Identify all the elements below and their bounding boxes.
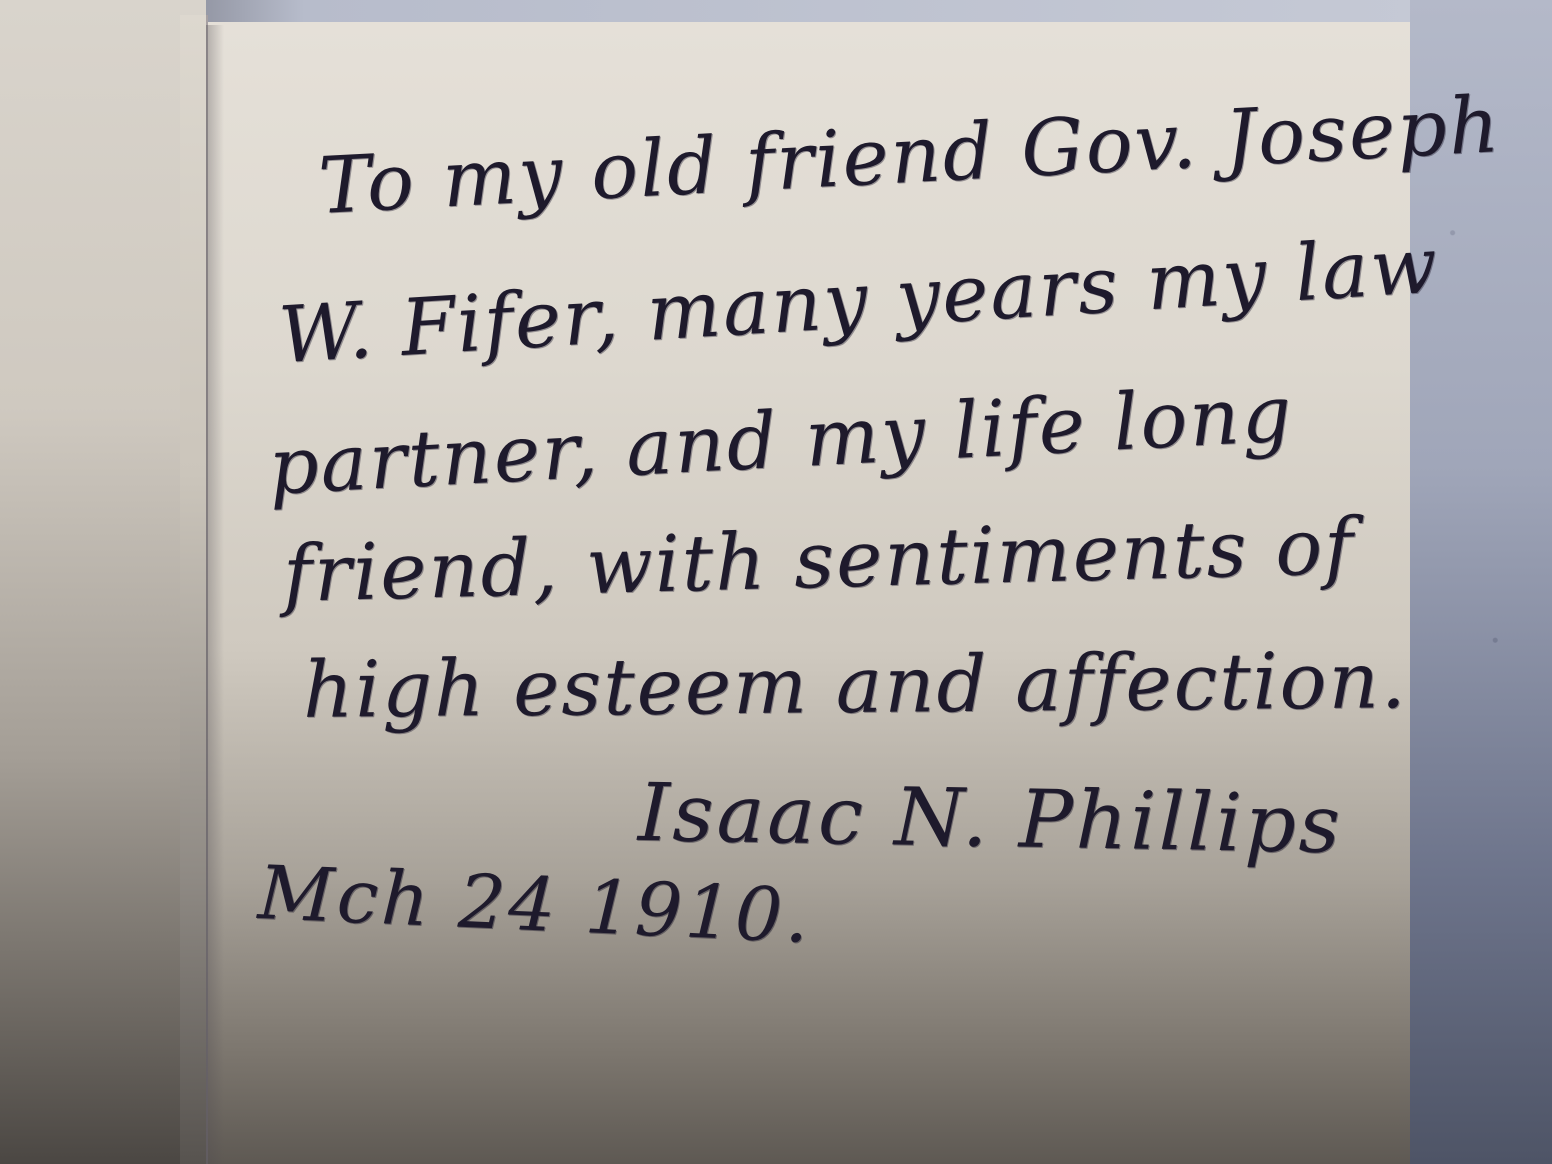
gutter-shadow [206, 25, 224, 1164]
inscription-line-5: high esteem and affection. [303, 642, 1408, 730]
inscription-line-1: To my old friend Gov. Joseph [317, 86, 1503, 226]
inscription-line-3: partner, and my life long [267, 375, 1296, 507]
inscription-line-4: friend, with sentiments of [282, 508, 1356, 614]
background-surface-right [1410, 0, 1552, 1164]
facing-page [0, 0, 206, 1164]
photo-scene: To my old friend Gov. Joseph W. Fifer, m… [0, 0, 1552, 1164]
inscription-page: To my old friend Gov. Joseph W. Fifer, m… [208, 22, 1410, 1164]
handwritten-inscription: To my old friend Gov. Joseph W. Fifer, m… [208, 22, 1410, 1164]
inscription-date: Mch 24 1910. [256, 850, 813, 960]
inscription-line-2: W. Fifer, many years my law [277, 227, 1442, 376]
signature: Isaac N. Phillips [637, 766, 1344, 871]
book-board-edge [180, 15, 208, 1164]
background-surface-top [180, 0, 1420, 22]
